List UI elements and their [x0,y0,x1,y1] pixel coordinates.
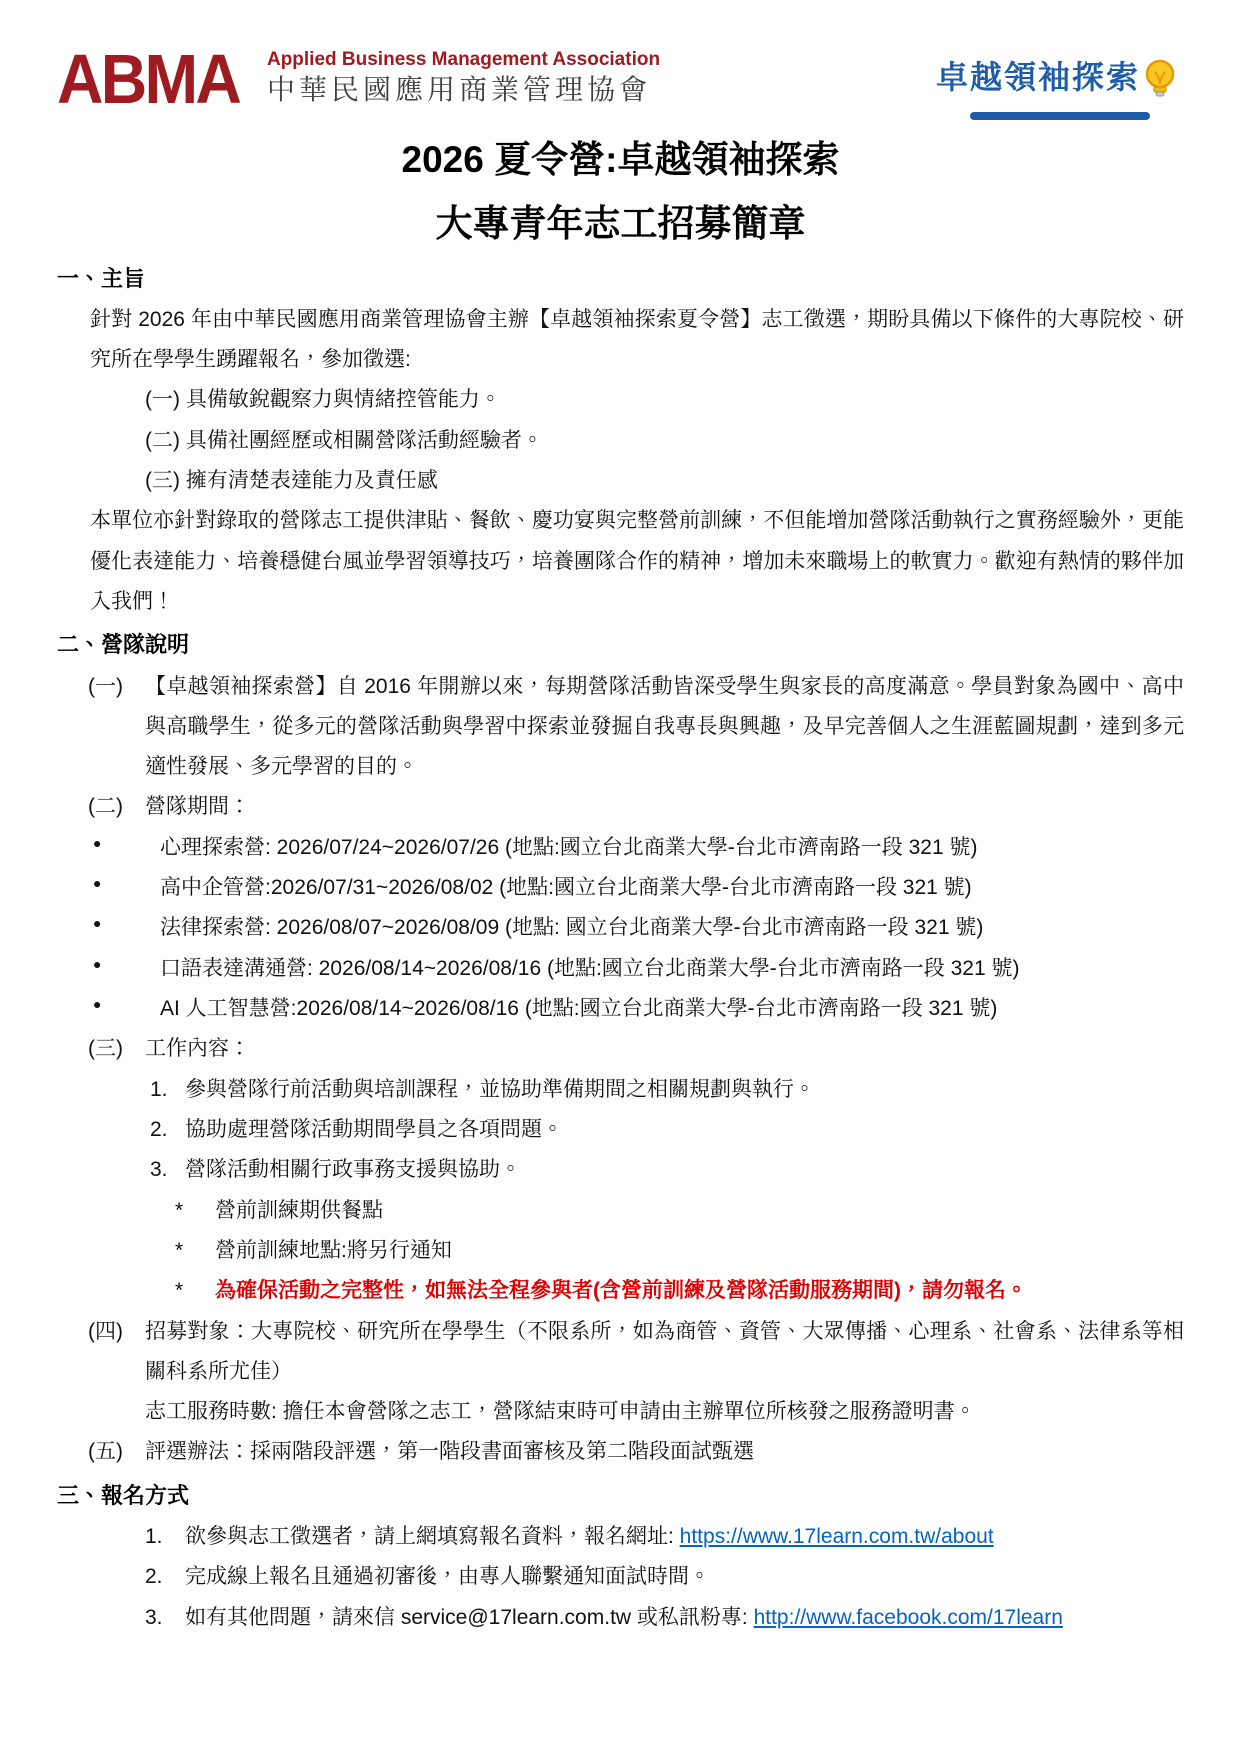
item-label-spacer [88,1392,145,1432]
document-titles: 2026 夏令營:卓越領袖探索 大專青年志工招募簡章 [57,128,1184,255]
document-page: ABMA Applied Business Management Associa… [0,0,1241,1755]
program-logo-text: 卓越領袖探索 [936,60,1140,95]
apply-step: 3. 如有其他問題，請來信 service@17learn.com.tw 或私訊… [145,1598,1184,1638]
camp-period-item: (二) 營隊期間： [88,787,1184,827]
item-text: 招募對象：大專院校、研究所在學學生（不限系所，如為商管、資管、大眾傳播、心理系、… [145,1312,1184,1393]
note-text: 營前訓練地點:將另行通知 [215,1231,1184,1271]
sub-title: 大專青年志工招募簡章 [57,192,1184,256]
item-label: (四) [88,1312,145,1393]
bullet-icon: ● [93,868,160,908]
service-hours-item: 志工服務時數: 擔任本會營隊之志工，營隊結束時可申請由主辦單位所核發之服務證明書… [88,1392,1184,1432]
step-prefix: 欲參與志工徵選者，請上網填寫報名資料，報名網址: [185,1525,680,1548]
step-text: 欲參與志工徵選者，請上網填寫報名資料，報名網址: https://www.17l… [185,1517,1184,1557]
section-heading-camp-info: 二、營隊說明 [57,624,1184,666]
work-note: * 營前訓練地點:將另行通知 [175,1231,1184,1271]
task-text: 協助處理營隊活動期間學員之各項問題。 [185,1110,1184,1150]
camp-entry: 高中企管營:2026/07/31~2026/08/02 (地點:國立台北商業大學… [160,868,1184,908]
program-logo: 卓越領袖探索 [936,60,1184,114]
item-text: 營隊期間： [145,787,1184,827]
logo-underline-swoosh [970,112,1150,120]
abma-acronym: ABMA [57,46,239,113]
abma-chinese-name: 中華民國應用商業管理協會 [267,72,660,107]
abma-logo: ABMA Applied Business Management Associa… [57,46,660,113]
bullet-icon: ● [93,949,160,989]
work-content-item: (三) 工作內容： [88,1029,1184,1069]
work-task: 2. 協助處理營隊活動期間學員之各項問題。 [150,1110,1184,1150]
step-number: 2. [145,1557,185,1597]
bullet-icon: ● [93,828,160,868]
section-heading-apply: 三、報名方式 [57,1475,1184,1517]
note-text: 營前訓練期供餐點 [215,1191,1184,1231]
item-label: (一) [88,667,145,788]
purpose-condition: (二) 具備社團經歷或相關營隊活動經驗者。 [145,421,1184,461]
step-text: 完成線上報名且通過初審後，由專人聯繫通知面試時間。 [185,1557,1184,1597]
asterisk-mark: * [175,1271,215,1311]
camp-list-item: ● AI 人工智慧營:2026/08/14~2026/08/16 (地點:國立台… [93,989,1184,1029]
camp-list-item: ● 口語表達溝通營: 2026/08/14~2026/08/16 (地點:國立台… [93,949,1184,989]
task-number: 3. [150,1150,185,1190]
item-label: (五) [88,1432,145,1472]
apply-step: 2. 完成線上報名且通過初審後，由專人聯繫通知面試時間。 [145,1557,1184,1597]
item-text: 【卓越領袖探索營】自 2016 年開辦以來，每期營隊活動皆深受學生與家長的高度滿… [145,667,1184,788]
item-label: (三) [88,1029,145,1069]
purpose-condition: (三) 擁有清楚表達能力及責任感 [145,461,1184,501]
abma-names: Applied Business Management Association … [267,46,660,107]
camp-entry: 口語表達溝通營: 2026/08/14~2026/08/16 (地點:國立台北商… [160,949,1184,989]
purpose-condition: (一) 具備敏銳觀察力與情緒控管能力。 [145,380,1184,420]
work-task: 3. 營隊活動相關行政事務支援與協助。 [150,1150,1184,1190]
camp-entry: 心理探索營: 2026/07/24~2026/07/26 (地點:國立台北商業大… [160,828,1184,868]
facebook-link[interactable]: http://www.facebook.com/17learn [754,1606,1063,1629]
camp-entry: AI 人工智慧營:2026/08/14~2026/08/16 (地點:國立台北商… [160,989,1184,1029]
item-label: (二) [88,787,145,827]
camp-description-item: (一) 【卓越領袖探索營】自 2016 年開辦以來，每期營隊活動皆深受學生與家長… [88,667,1184,788]
camp-list-item: ● 法律探索營: 2026/08/07~2026/08/09 (地點: 國立台北… [93,908,1184,948]
task-number: 1. [150,1070,185,1110]
apply-step: 1. 欲參與志工徵選者，請上網填寫報名資料，報名網址: https://www.… [145,1517,1184,1557]
asterisk-mark: * [175,1231,215,1271]
abma-english-name: Applied Business Management Association [267,48,660,72]
service-hours-text: 志工服務時數: 擔任本會營隊之志工，營隊結束時可申請由主辦單位所核發之服務證明書… [145,1392,1184,1432]
warning-text: 為確保活動之完整性，如無法全程參與者(含營前訓練及營隊活動服務期間)，請勿報名。 [215,1271,1184,1311]
asterisk-mark: * [175,1191,215,1231]
task-text: 營隊活動相關行政事務支援與協助。 [185,1150,1184,1190]
camp-list-item: ● 心理探索營: 2026/07/24~2026/07/26 (地點:國立台北商… [93,828,1184,868]
selection-method-item: (五) 評選辦法：採兩階段評選，第一階段書面審核及第二階段面試甄選 [88,1432,1184,1472]
step-number: 1. [145,1517,185,1557]
step-text: 如有其他問題，請來信 service@17learn.com.tw 或私訊粉專:… [185,1598,1184,1638]
item-text: 評選辦法：採兩階段評選，第一階段書面審核及第二階段面試甄選 [145,1432,1184,1472]
bullet-icon: ● [93,989,160,1029]
lightbulb-icon [1142,58,1178,114]
registration-link[interactable]: https://www.17learn.com.tw/about [680,1525,994,1548]
work-warning: * 為確保活動之完整性，如無法全程參與者(含營前訓練及營隊活動服務期間)，請勿報… [175,1271,1184,1311]
header: ABMA Applied Business Management Associa… [57,46,1184,114]
work-note: * 營前訓練期供餐點 [175,1191,1184,1231]
main-title: 2026 夏令營:卓越領袖探索 [57,128,1184,192]
camp-entry: 法律探索營: 2026/08/07~2026/08/09 (地點: 國立台北商業… [160,908,1184,948]
purpose-outro: 本單位亦針對錄取的營隊志工提供津貼、餐飲、慶功宴與完整營前訓練，不但能增加營隊活… [90,501,1184,622]
task-text: 參與營隊行前活動與培訓課程，並協助準備期間之相關規劃與執行。 [185,1070,1184,1110]
purpose-intro: 針對 2026 年由中華民國應用商業管理協會主辦【卓越領袖探索夏令營】志工徵選，… [90,300,1184,381]
step-number: 3. [145,1598,185,1638]
step-prefix: 如有其他問題，請來信 service@17learn.com.tw 或私訊粉專: [185,1606,754,1629]
section-heading-purpose: 一、主旨 [57,258,1184,300]
work-task: 1. 參與營隊行前活動與培訓課程，並協助準備期間之相關規劃與執行。 [150,1070,1184,1110]
item-text: 工作內容： [145,1029,1184,1069]
camp-list-item: ● 高中企管營:2026/07/31~2026/08/02 (地點:國立台北商業… [93,868,1184,908]
bullet-icon: ● [93,908,160,948]
recruit-target-item: (四) 招募對象：大專院校、研究所在學學生（不限系所，如為商管、資管、大眾傳播、… [88,1312,1184,1393]
task-number: 2. [150,1110,185,1150]
